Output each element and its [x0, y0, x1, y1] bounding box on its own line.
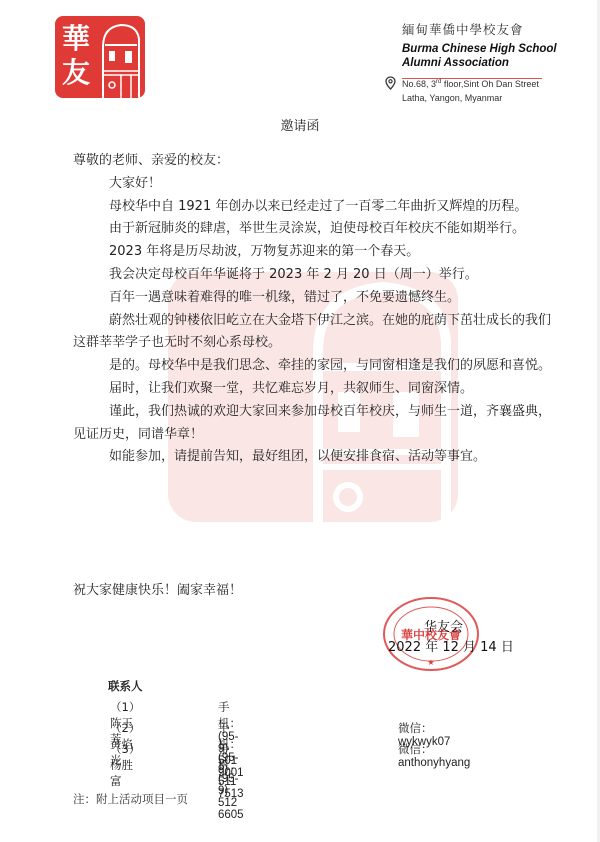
paragraph: 如能参加，请提前告知，最好组团，以便安排食宿、活动等事宜。: [73, 446, 553, 469]
paragraph: 百年一遇意味着难得的唯一机缘，错过了，不免要遗憾终生。: [73, 287, 553, 310]
contact-row: （2）黄焰光 手机：(95-9) 511 7513 微信：wykwyk07: [108, 720, 143, 741]
letter-body: 尊敬的老师、亲爱的校友： 大家好！ 母校华中自 1921 年创办以来已经走过了一…: [73, 150, 553, 469]
association-logo: 華 友: [55, 16, 145, 98]
signature-block: 华友会 2022 年 12 月 14 日: [388, 618, 514, 658]
contact-row: （3）杨胜富 手机：(95-9) 512 6605 微信：anthonyhyan…: [108, 741, 143, 762]
signature-org: 华友会: [388, 618, 514, 638]
footnote: 注：附上活动项目一页: [73, 791, 188, 807]
clock-tower-icon: [97, 19, 143, 98]
contact-phone: 手机：(95-9) 512 6605: [218, 741, 244, 821]
paragraph: 届时，让我们欢聚一堂，共忆难忘岁月，共叙师生、同窗深情。: [73, 378, 553, 401]
paragraph: 大家好！: [73, 173, 553, 196]
svg-text:★: ★: [427, 658, 434, 667]
logo-characters: 華 友: [62, 22, 90, 90]
salutation: 尊敬的老师、亲爱的校友：: [73, 150, 553, 173]
org-header: 緬甸華僑中學校友會 Burma Chinese High School Alum…: [402, 20, 557, 79]
closing-wish: 祝大家健康快乐！阖家幸福！: [73, 579, 242, 598]
org-name-english-line2: Alumni Association: [402, 56, 557, 70]
contact-name: （3）杨胜富: [110, 741, 143, 789]
paragraph: 2023 年将是历尽劫波，万物复苏迎来的第一个春天。: [73, 241, 553, 264]
paragraph: 我会决定母校百年华诞将于 2023 年 2 月 20 日（周一）举行。: [73, 264, 553, 287]
paragraph: 蔚然壮观的钟楼依旧屹立在大金塔下伊江之滨。在她的庇荫下茁壮成长的我们这群莘莘学子…: [73, 310, 553, 356]
paragraph: 由于新冠肺炎的肆虐，举世生灵涂炭，迫使母校百年校庆不能如期举行。: [73, 218, 553, 241]
contact-row: （1）陈玉芳 手机：(95-9) 501 9001: [108, 699, 143, 720]
document-title: 邀请函: [0, 115, 600, 134]
address-block: No.68, 3rd floor,Sint Oh Dan Street Lath…: [385, 75, 539, 105]
contact-wechat: 微信：anthonyhyang: [398, 741, 470, 769]
org-name-english: Burma Chinese High School Alumni Associa…: [402, 42, 557, 70]
org-name-chinese: 緬甸華僑中學校友會: [402, 20, 557, 38]
contacts-heading: 联系人: [108, 678, 143, 694]
logo-char-2: 友: [62, 56, 90, 90]
logo-char-1: 華: [62, 22, 90, 56]
address-line-1: No.68, 3rd floor,Sint Oh Dan Street: [402, 75, 539, 91]
paragraph: 谨此，我们热诚的欢迎大家回来参加母校百年校庆，与师生一道，齐襄盛典，见证历史，同…: [73, 401, 553, 447]
location-pin-icon: [385, 76, 396, 90]
signature-date: 2022 年 12 月 14 日: [388, 638, 514, 658]
address-line-2: Latha, Yangon, Myanmar: [402, 91, 539, 105]
paragraph: 母校华中自 1921 年创办以来已经走过了一百零二年曲折又辉煌的历程。: [73, 196, 553, 219]
paragraph: 是的。母校华中是我们思念、牵挂的家园，与同窗相逢是我们的夙愿和喜悦。: [73, 355, 553, 378]
org-name-english-line1: Burma Chinese High School: [402, 42, 557, 56]
contacts-section: 联系人 （1）陈玉芳 手机：(95-9) 501 9001 （2）黄焰光 手机：…: [108, 678, 143, 762]
